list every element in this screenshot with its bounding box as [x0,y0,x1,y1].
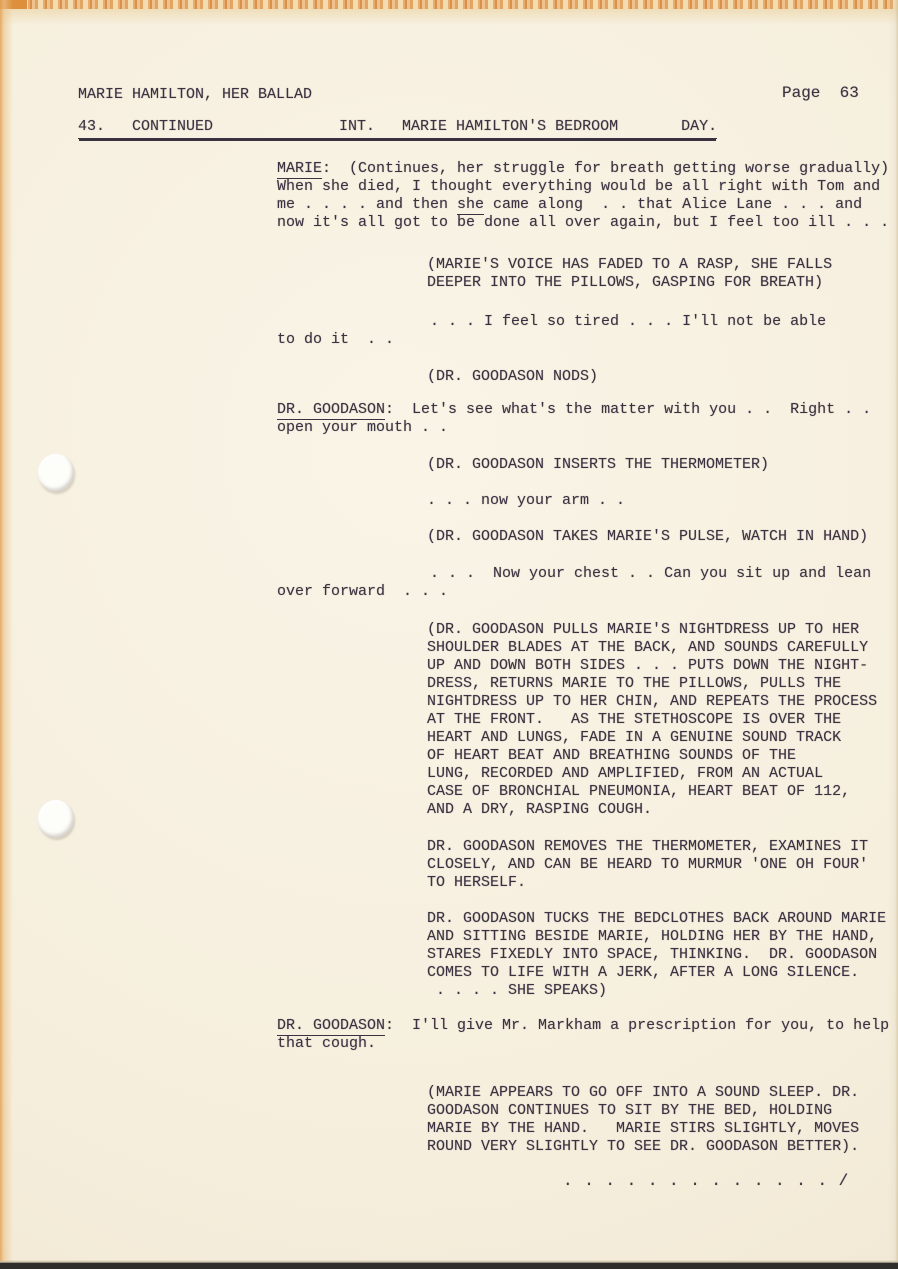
script-text: : Let's see what's the matter with you .… [385,401,871,418]
dialogue-block: DR. GOODASON: I'll give Mr. Markham a pr… [277,1017,889,1053]
page-number: Page 63 [782,84,859,102]
action-block: DR. GOODASON TUCKS THE BEDCLOTHES BACK A… [427,910,886,1000]
punch-hole-bottom [38,800,74,838]
script-text: (DR. GOODASON NODS) [427,368,598,385]
script-line: AND SITTING BESIDE MARIE, HOLDING HER BY… [427,928,886,946]
script-line: DRESS, RETURNS MARIE TO THE PILLOWS, PUL… [427,675,877,693]
scene-heading: 43. CONTINUED INT. MARIE HAMILTON'S BEDR… [78,118,717,139]
script-line: GOODASON CONTINUES TO SIT BY THE BED, HO… [427,1102,859,1120]
script-text: CLOSELY, AND CAN BE HEARD TO MURMUR 'ONE… [427,856,868,873]
script-line: HEART AND LUNGS, FADE IN A GENUINE SOUND… [427,729,877,747]
script-line: NIGHTDRESS UP TO HER CHIN, AND REPEATS T… [427,693,877,711]
scan-edge-right [888,0,898,1269]
script-text: HEART AND LUNGS, FADE IN A GENUINE SOUND… [427,729,841,746]
script-line: CASE OF BRONCHIAL PNEUMONIA, HEART BEAT … [427,783,877,801]
script-text: to do it . . [277,331,394,348]
action-block: (MARIE'S VOICE HAS FADED TO A RASP, SHE … [427,256,832,292]
script-line: . . . . SHE SPEAKS) [427,982,886,1000]
script-text: (DR. GOODASON PULLS MARIE'S NIGHTDRESS U… [427,621,859,638]
script-line: (DR. GOODASON PULLS MARIE'S NIGHTDRESS U… [427,621,877,639]
script-line: DR. GOODASON TUCKS THE BEDCLOTHES BACK A… [427,910,886,928]
underlined-text: she [457,196,484,215]
script-line: now it's all got to be done all over aga… [277,214,889,232]
script-line: SHOULDER BLADES AT THE BACK, AND SOUNDS … [427,639,877,657]
script-line: . . . I feel so tired . . . I'll not be … [277,313,826,331]
script-text: : I'll give Mr. Markham a prescription f… [385,1017,889,1034]
script-text: . . . now your arm . . [427,492,625,509]
script-line: MARIE BY THE HAND. MARIE STIRS SLIGHTLY,… [427,1120,859,1138]
script-line: to do it . . [277,331,826,349]
dialogue-block: DR. GOODASON: Let's see what's the matte… [277,401,871,437]
script-line: When she died, I thought everything woul… [277,178,889,196]
script-line: DR. GOODASON: Let's see what's the matte… [277,401,871,419]
script-text: AND SITTING BESIDE MARIE, HOLDING HER BY… [427,928,877,945]
script-text: CASE OF BRONCHIAL PNEUMONIA, HEART BEAT … [427,783,850,800]
script-line: . . . now your arm . . [427,492,625,510]
dialogue-block: . . . I feel so tired . . . I'll not be … [277,313,826,349]
underlined-text: MARIE [277,160,322,179]
script-line: DR. GOODASON REMOVES THE THERMOMETER, EX… [427,838,868,856]
script-line: MARIE: (Continues, her struggle for brea… [277,160,889,178]
action-block: (DR. GOODASON NODS) [427,368,598,386]
scan-edge-bottom [0,1260,898,1269]
script-text: DEEPER INTO THE PILLOWS, GASPING FOR BRE… [427,274,823,291]
script-text: OF HEART BEAT AND BREATHING SOUNDS OF TH… [427,747,796,764]
script-text: GOODASON CONTINUES TO SIT BY THE BED, HO… [427,1102,832,1119]
script-text: (MARIE APPEARS TO GO OFF INTO A SOUND SL… [427,1084,859,1101]
script-text: NIGHTDRESS UP TO HER CHIN, AND REPEATS T… [427,693,877,710]
script-text: When she died, I thought everything woul… [277,178,880,195]
script-text: DR. GOODASON REMOVES THE THERMOMETER, EX… [427,838,868,855]
document-title: MARIE HAMILTON, HER BALLAD [78,86,312,103]
script-text: DR. GOODASON TUCKS THE BEDCLOTHES BACK A… [427,910,886,927]
dialogue-block: . . . Now your chest . . Can you sit up … [277,565,871,601]
script-line: DEEPER INTO THE PILLOWS, GASPING FOR BRE… [427,274,832,292]
script-line: DR. GOODASON: I'll give Mr. Markham a pr… [277,1017,889,1035]
script-text: . . . . SHE SPEAKS) [427,982,607,999]
script-text: (DR. GOODASON INSERTS THE THERMOMETER) [427,456,769,473]
script-text: UP AND DOWN BOTH SIDES . . . PUTS DOWN T… [427,657,868,674]
script-text: me . . . . and then [277,196,457,213]
script-text: came along . . that Alice Lane . . . and [484,196,862,213]
scene-end-mark: . . . . . . . . . . . . . / [563,1172,849,1190]
script-text: open your mouth . . [277,419,448,436]
script-text: AT THE FRONT. AS THE STETHOSCOPE IS OVER… [427,711,841,728]
action-block: (DR. GOODASON TAKES MARIE'S PULSE, WATCH… [427,528,868,546]
script-text: MARIE BY THE HAND. MARIE STIRS SLIGHTLY,… [427,1120,859,1137]
script-text: COMES TO LIFE WITH A JERK, AFTER A LONG … [427,964,859,981]
script-text: now it's all got to be done all over aga… [277,214,889,231]
script-text: . . . Now your chest . . Can you sit up … [277,565,871,582]
underlined-text: DR. GOODASON [277,401,385,420]
underlined-text: DR. GOODASON [277,1017,385,1036]
script-line: AT THE FRONT. AS THE STETHOSCOPE IS OVER… [427,711,877,729]
dialogue-block: MARIE: (Continues, her struggle for brea… [277,160,889,232]
script-text: STARES FIXEDLY INTO SPACE, THINKING. DR.… [427,946,877,963]
script-text: (DR. GOODASON TAKES MARIE'S PULSE, WATCH… [427,528,868,545]
script-line: ROUND VERY SLIGHTLY TO SEE DR. GOODASON … [427,1138,859,1156]
script-line: (MARIE APPEARS TO GO OFF INTO A SOUND SL… [427,1084,859,1102]
action-block: DR. GOODASON REMOVES THE THERMOMETER, EX… [427,838,868,892]
action-block: (DR. GOODASON PULLS MARIE'S NIGHTDRESS U… [427,621,877,819]
script-line: UP AND DOWN BOTH SIDES . . . PUTS DOWN T… [427,657,877,675]
script-line: CLOSELY, AND CAN BE HEARD TO MURMUR 'ONE… [427,856,868,874]
script-text: : (Continues, her struggle for breath ge… [322,160,889,177]
script-text: that cough. [277,1035,376,1052]
script-text: AND A DRY, RASPING COUGH. [427,801,652,818]
script-line: COMES TO LIFE WITH A JERK, AFTER A LONG … [427,964,886,982]
script-line: (MARIE'S VOICE HAS FADED TO A RASP, SHE … [427,256,832,274]
script-line: (DR. GOODASON NODS) [427,368,598,386]
script-text: DRESS, RETURNS MARIE TO THE PILLOWS, PUL… [427,675,841,692]
script-text: TO HERSELF. [427,874,526,891]
script-text: (MARIE'S VOICE HAS FADED TO A RASP, SHE … [427,256,832,273]
dialogue-block: . . . now your arm . . [427,492,625,510]
scan-edge-left [0,0,13,1269]
script-line: . . . Now your chest . . Can you sit up … [277,565,871,583]
script-line: (DR. GOODASON TAKES MARIE'S PULSE, WATCH… [427,528,868,546]
script-line: open your mouth . . [277,419,871,437]
scan-edge-top [0,0,898,9]
script-line: AND A DRY, RASPING COUGH. [427,801,877,819]
script-line: that cough. [277,1035,889,1053]
script-line: OF HEART BEAT AND BREATHING SOUNDS OF TH… [427,747,877,765]
script-line: me . . . . and then she came along . . t… [277,196,889,214]
script-line: LUNG, RECORDED AND AMPLIFIED, FROM AN AC… [427,765,877,783]
scanned-script-page: MARIE HAMILTON, HER BALLAD Page 63 43. C… [0,0,898,1269]
script-line: STARES FIXEDLY INTO SPACE, THINKING. DR.… [427,946,886,964]
action-block: (DR. GOODASON INSERTS THE THERMOMETER) [427,456,769,474]
script-text: LUNG, RECORDED AND AMPLIFIED, FROM AN AC… [427,765,823,782]
script-line: over forward . . . [277,583,871,601]
script-text: SHOULDER BLADES AT THE BACK, AND SOUNDS … [427,639,868,656]
script-text: over forward . . . [277,583,448,600]
script-line: TO HERSELF. [427,874,868,892]
script-text: . . . I feel so tired . . . I'll not be … [277,313,826,330]
punch-hole-top [38,454,74,492]
script-line: (DR. GOODASON INSERTS THE THERMOMETER) [427,456,769,474]
script-text: ROUND VERY SLIGHTLY TO SEE DR. GOODASON … [427,1138,859,1155]
action-block: (MARIE APPEARS TO GO OFF INTO A SOUND SL… [427,1084,859,1156]
scan-edge-top-fade [0,9,898,25]
